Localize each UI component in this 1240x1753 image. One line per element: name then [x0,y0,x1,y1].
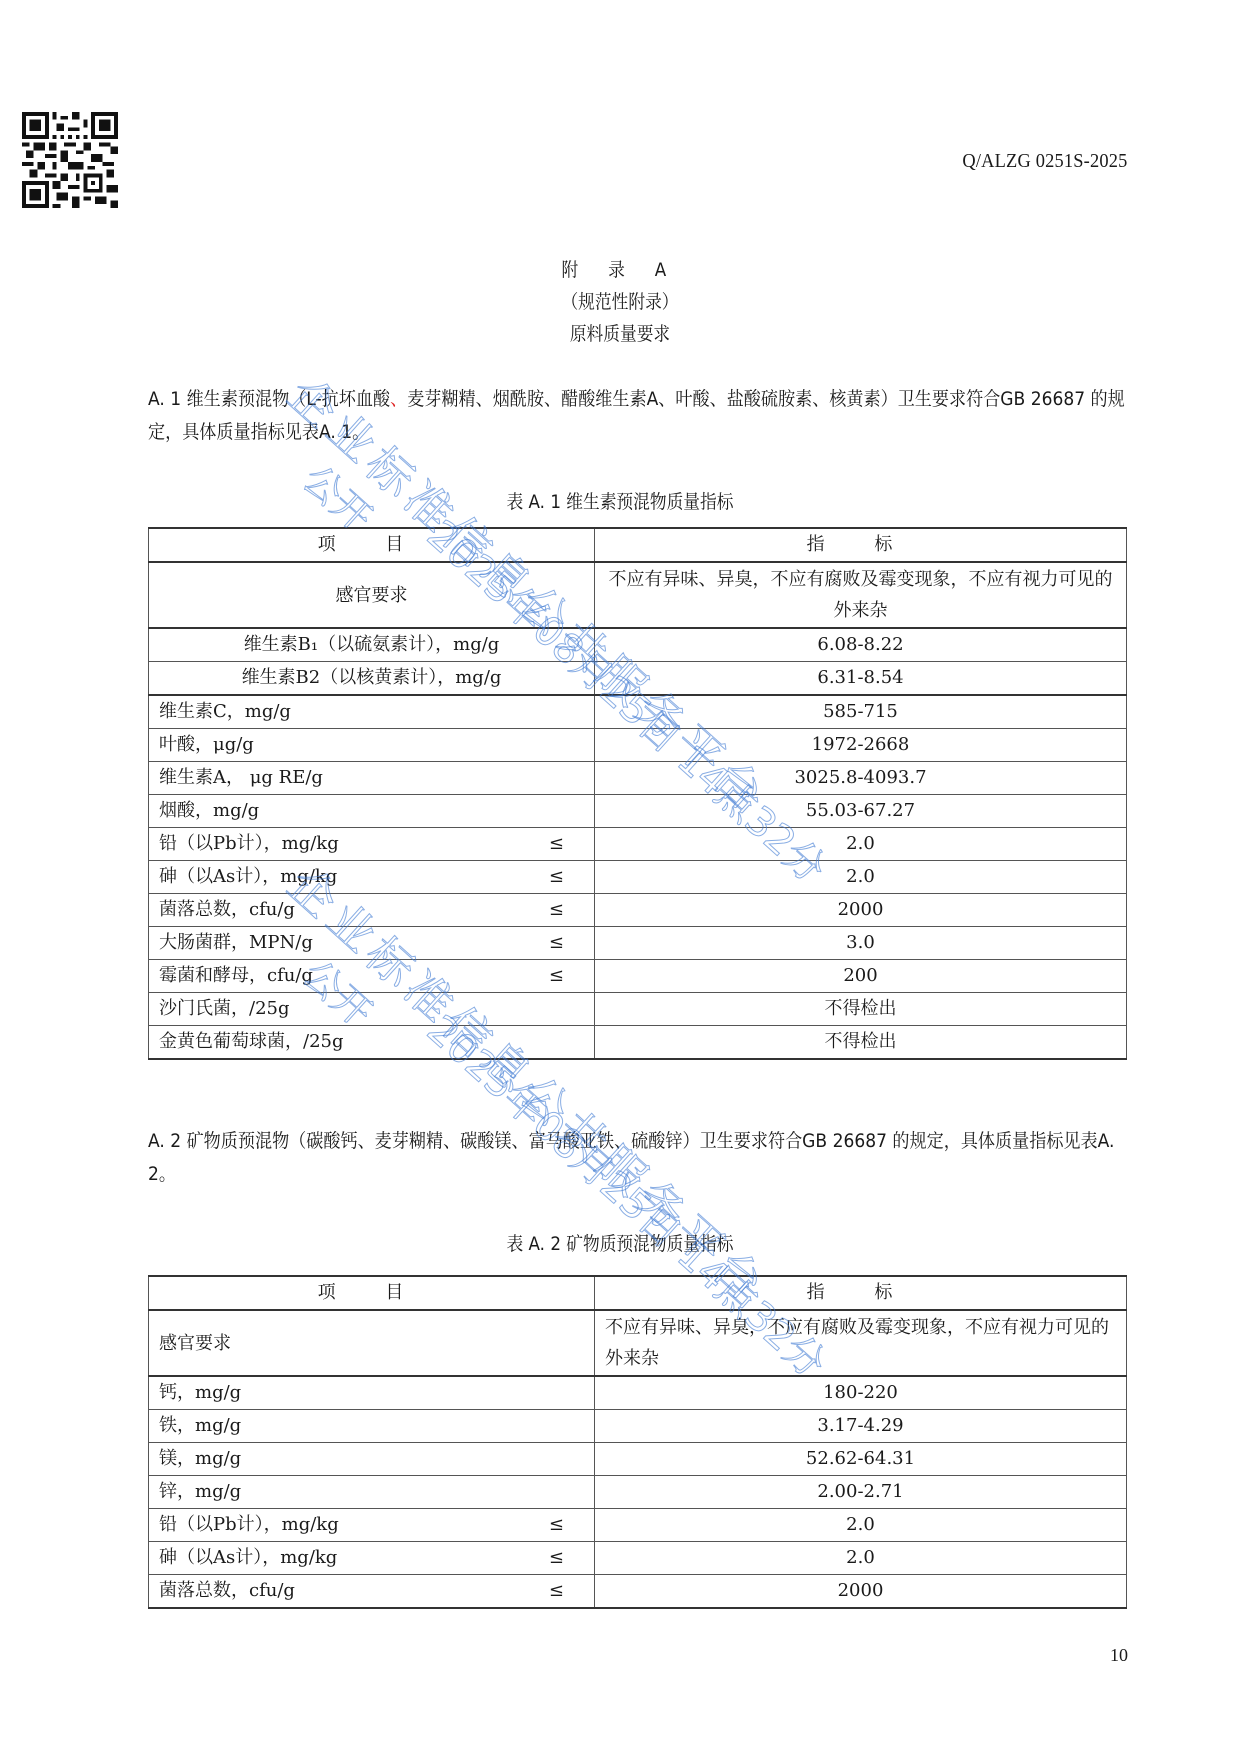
cell-value: 2.0 [595,861,1127,894]
table-row: 镁，mg/g52.62-64.31 [149,1443,1127,1476]
less-equal-symbol: ≤ [549,894,564,926]
table-row: 大肠菌群，MPN/g≤3.0 [149,927,1127,960]
less-equal-symbol: ≤ [549,1542,564,1574]
cell-item: 维生素B₁（以硫氨素计），mg/g [149,628,595,662]
section-a1-red-mark: 、 [390,388,407,410]
cell-item: 菌落总数，cfu/g≤ [149,1575,595,1609]
cell-value: 2000 [595,894,1127,927]
less-equal-symbol: ≤ [549,861,564,893]
cell-item: 大肠菌群，MPN/g≤ [149,927,595,960]
cell-value: 180-220 [595,1376,1127,1410]
table-row: 砷（以As计），mg/kg≤2.0 [149,861,1127,894]
cell-item: 金黄色葡萄球菌，/25g [149,1026,595,1060]
cell-item: 铅（以Pb计），mg/kg≤ [149,1509,595,1542]
section-a2-paragraph: A. 2 矿物质预混物（碳酸钙、麦芽糊精、碳酸镁、富马酸亚铁、硫酸锌）卫生要求符… [148,1125,1129,1191]
cell-item: 砷（以As计），mg/kg≤ [149,1542,595,1575]
cell-item: 砷（以As计），mg/kg≤ [149,861,595,894]
appendix-title: 附 录 A [74,255,1165,282]
cell-value: 3.17-4.29 [595,1410,1127,1443]
appendix-heading: 原料质量要求 [74,319,1165,346]
table-row: 叶酸，μg/g1972-2668 [149,729,1127,762]
item-label: 铅（以Pb计），mg/kg [159,1514,339,1535]
item-label: 锌，mg/g [159,1481,241,1502]
cell-value: 3025.8-4093.7 [595,762,1127,795]
cell-item: 霉菌和酵母，cfu/g≤ [149,960,595,993]
table-row: 铅（以Pb计），mg/kg≤2.0 [149,828,1127,861]
table-a1: 项 目指 标感官要求不应有异味、异臭，不应有腐败及霉变现象，不应有视力可见的外来… [148,527,1127,1060]
cell-value: 6.08-8.22 [595,628,1127,662]
table-a2-caption: 表 A. 2 矿物质预混物质量指标 [74,1229,1165,1256]
cell-value: 不应有异味、异臭，不应有腐败及霉变现象，不应有视力可见的外来杂 [595,562,1127,628]
item-label: 大肠菌群，MPN/g [159,932,313,953]
item-label: 霉菌和酵母，cfu/g [159,965,313,986]
item-label: 菌落总数，cfu/g [159,1580,295,1601]
section-a1-paragraph: A. 1 维生素预混物（L-抗坏血酸、麦芽糊精、烟酰胺、醋酸维生素A、叶酸、盐酸… [148,383,1129,449]
standard-code: Q/ALZG 0251S-2025 [963,150,1128,173]
item-label: 维生素B2（以核黄素计），mg/g [242,667,502,688]
item-label: 叶酸，μg/g [159,734,254,755]
table-row: 菌落总数，cfu/g≤2000 [149,894,1127,927]
cell-value: 3.0 [595,927,1127,960]
item-label: 菌落总数，cfu/g [159,899,295,920]
appendix-subtitle: （规范性附录） [74,287,1165,314]
cell-value: 2000 [595,1575,1127,1609]
table-row: 维生素B₁（以硫氨素计），mg/g6.08-8.22 [149,628,1127,662]
table-row: 砷（以As计），mg/kg≤2.0 [149,1542,1127,1575]
less-equal-symbol: ≤ [549,828,564,860]
item-label: 沙门氏菌，/25g [159,998,290,1019]
table-row: 维生素A， μg RE/g3025.8-4093.7 [149,762,1127,795]
less-equal-symbol: ≤ [549,927,564,959]
cell-item: 锌，mg/g [149,1476,595,1509]
cell-value: 2.0 [595,1509,1127,1542]
item-label: 维生素C，mg/g [159,701,291,722]
cell-value: 2.00-2.71 [595,1476,1127,1509]
table-row: 锌，mg/g2.00-2.71 [149,1476,1127,1509]
cell-item: 维生素B2（以核黄素计），mg/g [149,662,595,696]
cell-value: 不得检出 [595,1026,1127,1060]
cell-item: 沙门氏菌，/25g [149,993,595,1026]
cell-item: 镁，mg/g [149,1443,595,1476]
item-label: 金黄色葡萄球菌，/25g [159,1031,344,1052]
cell-value: 585-715 [595,695,1127,729]
cell-value: 52.62-64.31 [595,1443,1127,1476]
table-row: 金黄色葡萄球菌，/25g不得检出 [149,1026,1127,1060]
column-header-item: 项 目 [149,528,595,562]
table-row-sensory: 感官要求不应有异味、异臭，不应有腐败及霉变现象，不应有视力可见的外来杂 [149,1310,1127,1376]
item-label: 维生素B₁（以硫氨素计），mg/g [244,634,500,655]
table-row: 菌落总数，cfu/g≤2000 [149,1575,1127,1609]
table-row: 铁，mg/g3.17-4.29 [149,1410,1127,1443]
page-number: 10 [1110,1645,1128,1666]
cell-value: 55.03-67.27 [595,795,1127,828]
less-equal-symbol: ≤ [549,960,564,992]
table-row: 钙，mg/g180-220 [149,1376,1127,1410]
cell-item: 铅（以Pb计），mg/kg≤ [149,828,595,861]
qr-code-icon [22,112,118,208]
column-header-value: 指 标 [595,528,1127,562]
cell-item: 铁，mg/g [149,1410,595,1443]
item-label: 维生素A， μg RE/g [159,767,323,788]
cell-item: 烟酸，mg/g [149,795,595,828]
table-row: 铅（以Pb计），mg/kg≤2.0 [149,1509,1127,1542]
table-a2: 项 目指 标感官要求不应有异味、异臭，不应有腐败及霉变现象，不应有视力可见的外来… [148,1275,1127,1609]
cell-value: 2.0 [595,1542,1127,1575]
cell-item: 维生素C，mg/g [149,695,595,729]
table-row: 烟酸，mg/g55.03-67.27 [149,795,1127,828]
column-header-value: 指 标 [595,1276,1127,1310]
item-label: 铁，mg/g [159,1415,241,1436]
table-header-row: 项 目指 标 [149,1276,1127,1310]
table-a1-caption: 表 A. 1 维生素预混物质量指标 [74,487,1165,514]
less-equal-symbol: ≤ [549,1509,564,1541]
cell-item: 叶酸，μg/g [149,729,595,762]
cell-item: 维生素A， μg RE/g [149,762,595,795]
cell-value: 不应有异味、异臭，不应有腐败及霉变现象，不应有视力可见的外来杂 [595,1310,1127,1376]
table-row: 沙门氏菌，/25g不得检出 [149,993,1127,1026]
cell-item: 菌落总数，cfu/g≤ [149,894,595,927]
item-label: 砷（以As计），mg/kg [159,1547,337,1568]
table-row-sensory: 感官要求不应有异味、异臭，不应有腐败及霉变现象，不应有视力可见的外来杂 [149,562,1127,628]
cell-item: 钙，mg/g [149,1376,595,1410]
cell-value: 2.0 [595,828,1127,861]
column-header-item: 项 目 [149,1276,595,1310]
item-label: 钙，mg/g [159,1382,241,1403]
cell-item: 感官要求 [149,562,595,628]
table-header-row: 项 目指 标 [149,528,1127,562]
item-label: 铅（以Pb计），mg/kg [159,833,339,854]
cell-value: 不得检出 [595,993,1127,1026]
item-label: 烟酸，mg/g [159,800,259,821]
cell-value: 1972-2668 [595,729,1127,762]
cell-item: 感官要求 [149,1310,595,1376]
item-label: 砷（以As计），mg/kg [159,866,337,887]
table-row: 维生素B2（以核黄素计），mg/g6.31-8.54 [149,662,1127,696]
less-equal-symbol: ≤ [549,1575,564,1607]
cell-value: 200 [595,960,1127,993]
item-label: 镁，mg/g [159,1448,241,1469]
table-row: 维生素C，mg/g585-715 [149,695,1127,729]
section-a1-text-prefix: A. 1 维生素预混物（L-抗坏血酸 [148,388,390,410]
table-row: 霉菌和酵母，cfu/g≤200 [149,960,1127,993]
cell-value: 6.31-8.54 [595,662,1127,696]
